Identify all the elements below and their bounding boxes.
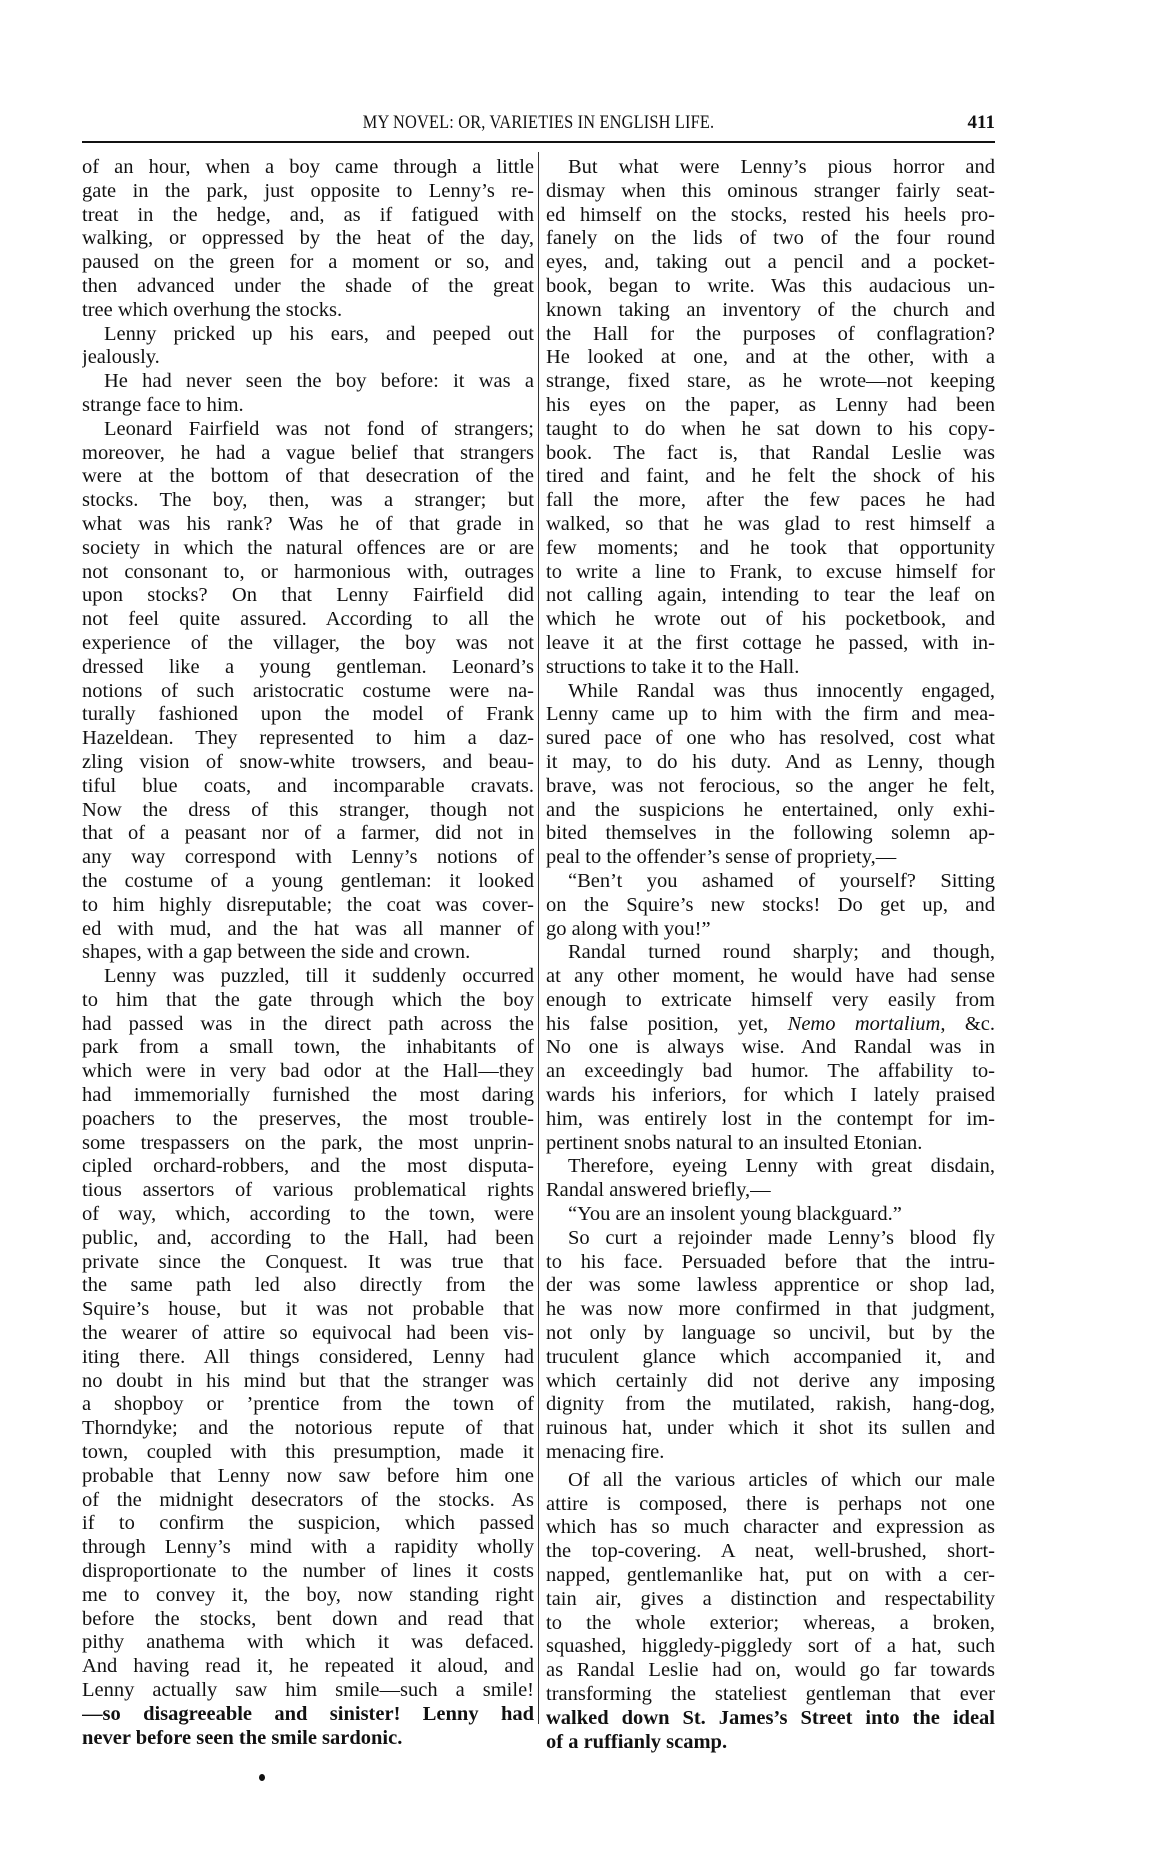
text-line: Lenny came up to him with the firm and m… <box>546 703 995 727</box>
text-line: walking, or oppressed by the heat of the… <box>82 227 534 251</box>
text-line: So curt a rejoinder made Lenny’s blood f… <box>546 1227 995 1251</box>
text-line: tired and faint, and he felt the shock o… <box>546 465 995 489</box>
text-line: walked down St. James’s Street into the … <box>546 1707 995 1731</box>
text-line: if to confirm the suspicion, which passe… <box>82 1512 534 1536</box>
text-line: He had never seen the boy before: it was… <box>82 370 534 394</box>
text-line: upon stocks? On that Lenny Fairfield did <box>82 584 534 608</box>
text-line: gate in the park, just opposite to Lenny… <box>82 180 534 204</box>
column-divider <box>538 152 539 1724</box>
text-line: the top-covering. A neat, well-brushed, … <box>546 1540 995 1564</box>
text-line: And having read it, he repeated it aloud… <box>82 1655 534 1679</box>
text-line: to write a line to Frank, to excuse hims… <box>546 561 995 585</box>
text-line: him, was entirely lost in the contempt f… <box>546 1108 995 1132</box>
text-line: Of all the various articles of which our… <box>546 1469 995 1493</box>
text-line: his false position, yet, Nemo mortalium,… <box>546 1013 995 1037</box>
text-line: which he wrote out of his pocketbook, an… <box>546 608 995 632</box>
text-line: poachers to the preserves, the most trou… <box>82 1108 534 1132</box>
text-line: tain air, gives a distinction and respec… <box>546 1588 995 1612</box>
right-column: But what were Lenny’s pious horror anddi… <box>546 156 995 1754</box>
text-line: treat in the hedge, and, as if fatigued … <box>82 204 534 228</box>
text-line: disproportionate to the number of lines … <box>82 1560 534 1584</box>
text-line: tree which overhung the stocks. <box>82 299 534 323</box>
text-line: through Lenny’s mind with a rapidity who… <box>82 1536 534 1560</box>
text-line: book. The fact is, that Randal Leslie wa… <box>546 442 995 466</box>
text-line: strange, fixed stare, as he wrote—not ke… <box>546 370 995 394</box>
text-line: pertinent snobs natural to an insulted E… <box>546 1132 995 1156</box>
text-line: iting there. All things considered, Lenn… <box>82 1346 534 1370</box>
running-title: MY NOVEL: OR, VARIETIES IN ENGLISH LIFE. <box>146 112 931 134</box>
text-line: stocks. The boy, then, was a stranger; b… <box>82 489 534 513</box>
text-line: dignity from the mutilated, rakish, hang… <box>546 1393 995 1417</box>
text-line: sured pace of one who has resolved, cost… <box>546 727 995 751</box>
header-rule <box>82 141 995 143</box>
text-line: which were in very bad odor at the Hall—… <box>82 1060 534 1084</box>
text-line: private since the Conquest. It was true … <box>82 1251 534 1275</box>
text-line: shapes, with a gap between the side and … <box>82 941 534 965</box>
text-line: Leonard Fairfield was not fond of strang… <box>82 418 534 442</box>
text-line: had passed was in the direct path across… <box>82 1013 534 1037</box>
text-line: before the stocks, bent down and read th… <box>82 1608 534 1632</box>
text-line: not consonant to, or harmonious with, ou… <box>82 561 534 585</box>
text-line: of the midnight desecrators of the stock… <box>82 1489 534 1513</box>
text-line: enough to extricate himself very easily … <box>546 989 995 1013</box>
text-line: to him that the gate through which the b… <box>82 989 534 1013</box>
text-line: taught to do when he sat down to his cop… <box>546 418 995 442</box>
text-line: the costume of a young gentleman: it loo… <box>82 870 534 894</box>
text-line: ruinous hat, under which it shot its sul… <box>546 1417 995 1441</box>
left-column: of an hour, when a boy came through a li… <box>82 156 534 1750</box>
text-line: brave, was not ferocious, so the anger h… <box>546 775 995 799</box>
text-line: not only by language so uncivil, but by … <box>546 1322 995 1346</box>
text-line: then advanced under the shade of the gre… <box>82 275 534 299</box>
text-line: Randal turned round sharply; and though, <box>546 941 995 965</box>
text-line: few moments; and he took that opportunit… <box>546 537 995 561</box>
text-line: pithy anathema with which it was defaced… <box>82 1631 534 1655</box>
text-line: menacing fire. <box>546 1441 995 1465</box>
text-line: the Hall for the purposes of conflagrati… <box>546 323 995 347</box>
text-line: fall the more, after the few paces he ha… <box>546 489 995 513</box>
text-line: a shopboy or ’prentice from the town of <box>82 1393 534 1417</box>
text-line: Thorndyke; and the notorious repute of t… <box>82 1417 534 1441</box>
text-line: He looked at one, and at the other, with… <box>546 346 995 370</box>
text-line: cipled orchard-robbers, and the most dis… <box>82 1155 534 1179</box>
text-line: fanely on the lids of two of the four ro… <box>546 227 995 251</box>
text-line: of way, which, according to the town, we… <box>82 1203 534 1227</box>
text-line: no doubt in his mind but that the strang… <box>82 1370 534 1394</box>
text-line: dressed like a young gentleman. Leonard’… <box>82 656 534 680</box>
italic-phrase: Nemo mortalium <box>788 1013 941 1035</box>
text-line: bited themselves in the following solemn… <box>546 822 995 846</box>
text-line: walked, so that he was glad to rest hims… <box>546 513 995 537</box>
text-line: leave it at the first cottage he passed,… <box>546 632 995 656</box>
text-line: never before seen the smile sardonic. <box>82 1727 534 1751</box>
text-line: jealously. <box>82 346 534 370</box>
text-line: dismay when this ominous stranger fairly… <box>546 180 995 204</box>
text-line: to him highly disreputable; the coat was… <box>82 894 534 918</box>
text-line: on the Squire’s new stocks! Do get up, a… <box>546 894 995 918</box>
text-line: were at the bottom of that desecration o… <box>82 465 534 489</box>
page-number: 411 <box>968 112 995 134</box>
text-line: the wearer of attire so equivocal had be… <box>82 1322 534 1346</box>
text-line: der was some lawless apprentice or shop … <box>546 1274 995 1298</box>
text-line: which certainly did not derive any impos… <box>546 1370 995 1394</box>
text-line: Randal answered briefly,— <box>546 1179 995 1203</box>
page-header: MY NOVEL: OR, VARIETIES IN ENGLISH LIFE.… <box>82 112 995 140</box>
text-line: his eyes on the paper, as Lenny had been <box>546 394 995 418</box>
text-line: tious assertors of various problematical… <box>82 1179 534 1203</box>
text-line: wards his inferiors, for which I lately … <box>546 1084 995 1108</box>
ink-speck <box>259 1774 265 1781</box>
text-line: experience of the villager, the boy was … <box>82 632 534 656</box>
text-line: “Ben’t you ashamed of yourself? Sitting <box>546 870 995 894</box>
text-line: truculent glance which accompanied it, a… <box>546 1346 995 1370</box>
text-line: napped, gentlemanlike hat, put on with a… <box>546 1564 995 1588</box>
text-line: not feel quite assured. According to all… <box>82 608 534 632</box>
text-line: any way correspond with Lenny’s notions … <box>82 846 534 870</box>
text-line: public, and, according to the Hall, had … <box>82 1227 534 1251</box>
text-line: notions of such aristocratic costume wer… <box>82 680 534 704</box>
text-line: to his face. Persuaded before that the i… <box>546 1251 995 1275</box>
text-line: probable that Lenny now saw before him o… <box>82 1465 534 1489</box>
text-line: Squire’s house, but it was not probable … <box>82 1298 534 1322</box>
text-line: known taking an inventory of the church … <box>546 299 995 323</box>
text-line: had immemorially furnished the most dari… <box>82 1084 534 1108</box>
text-line: Lenny was puzzled, till it suddenly occu… <box>82 965 534 989</box>
text-line: to the whole exterior; whereas, a broken… <box>546 1612 995 1636</box>
text-line: park from a small town, the inhabitants … <box>82 1036 534 1060</box>
text-line: —so disagreeable and sinister! Lenny had <box>82 1703 534 1727</box>
text-line: While Randal was thus innocently engaged… <box>546 680 995 704</box>
text-line: moreover, he had a vague belief that str… <box>82 442 534 466</box>
text-line: he was now more confirmed in that judgme… <box>546 1298 995 1322</box>
text-line: the same path led also directly from the <box>82 1274 534 1298</box>
text-line: what was his rank? Was he of that grade … <box>82 513 534 537</box>
text-line: it may, to do his duty. And as Lenny, th… <box>546 751 995 775</box>
text-line: go along with you!” <box>546 918 995 942</box>
text-line: structions to take it to the Hall. <box>546 656 995 680</box>
text-line: Lenny actually saw him smile—such a smil… <box>82 1679 534 1703</box>
text-line: paused on the green for a moment or so, … <box>82 251 534 275</box>
text-line: of a ruffianly scamp. <box>546 1731 995 1755</box>
text-line: Hazeldean. They represented to him a daz… <box>82 727 534 751</box>
text-line: Now the dress of this stranger, though n… <box>82 799 534 823</box>
text-line: society in which the natural offences ar… <box>82 537 534 561</box>
text-line: Lenny pricked up his ears, and peeped ou… <box>82 323 534 347</box>
text-line: transforming the stateliest gentleman th… <box>546 1683 995 1707</box>
text-line: attire is composed, there is perhaps not… <box>546 1493 995 1517</box>
text-line: squashed, higgledy-piggledy sort of a ha… <box>546 1635 995 1659</box>
text-line: an exceedingly bad humor. The affability… <box>546 1060 995 1084</box>
text-line: No one is always wise. And Randal was in <box>546 1036 995 1060</box>
text-line: ed with mud, and the hat was all manner … <box>82 918 534 942</box>
text-line: at any other moment, he would have had s… <box>546 965 995 989</box>
text-line: ed himself on the stocks, rested his hee… <box>546 204 995 228</box>
text-line: some trespassers on the park, the most u… <box>82 1132 534 1156</box>
text-line: me to convey it, the boy, now standing r… <box>82 1584 534 1608</box>
text-line: town, coupled with this presumption, mad… <box>82 1441 534 1465</box>
text-line: turally fashioned upon the model of Fran… <box>82 703 534 727</box>
text-line: book, began to write. Was this audacious… <box>546 275 995 299</box>
text-line: peal to the offender’s sense of propriet… <box>546 846 995 870</box>
text-line: Therefore, eyeing Lenny with great disda… <box>546 1155 995 1179</box>
text-line: strange face to him. <box>82 394 534 418</box>
text-line: eyes, and, taking out a pencil and a poc… <box>546 251 995 275</box>
text-line: tiful blue coats, and incomparable crava… <box>82 775 534 799</box>
text-line: But what were Lenny’s pious horror and <box>546 156 995 180</box>
text-line: and the suspicions he entertained, only … <box>546 799 995 823</box>
text-line: zling vision of snow-white trowsers, and… <box>82 751 534 775</box>
text-line: as Randal Leslie had on, would go far to… <box>546 1659 995 1683</box>
text-line: that of a peasant nor of a farmer, did n… <box>82 822 534 846</box>
text-line: “You are an insolent young blackguard.” <box>546 1203 995 1227</box>
text-line: not calling again, intending to tear the… <box>546 584 995 608</box>
text-line: of an hour, when a boy came through a li… <box>82 156 534 180</box>
text-line: which has so much character and expressi… <box>546 1516 995 1540</box>
